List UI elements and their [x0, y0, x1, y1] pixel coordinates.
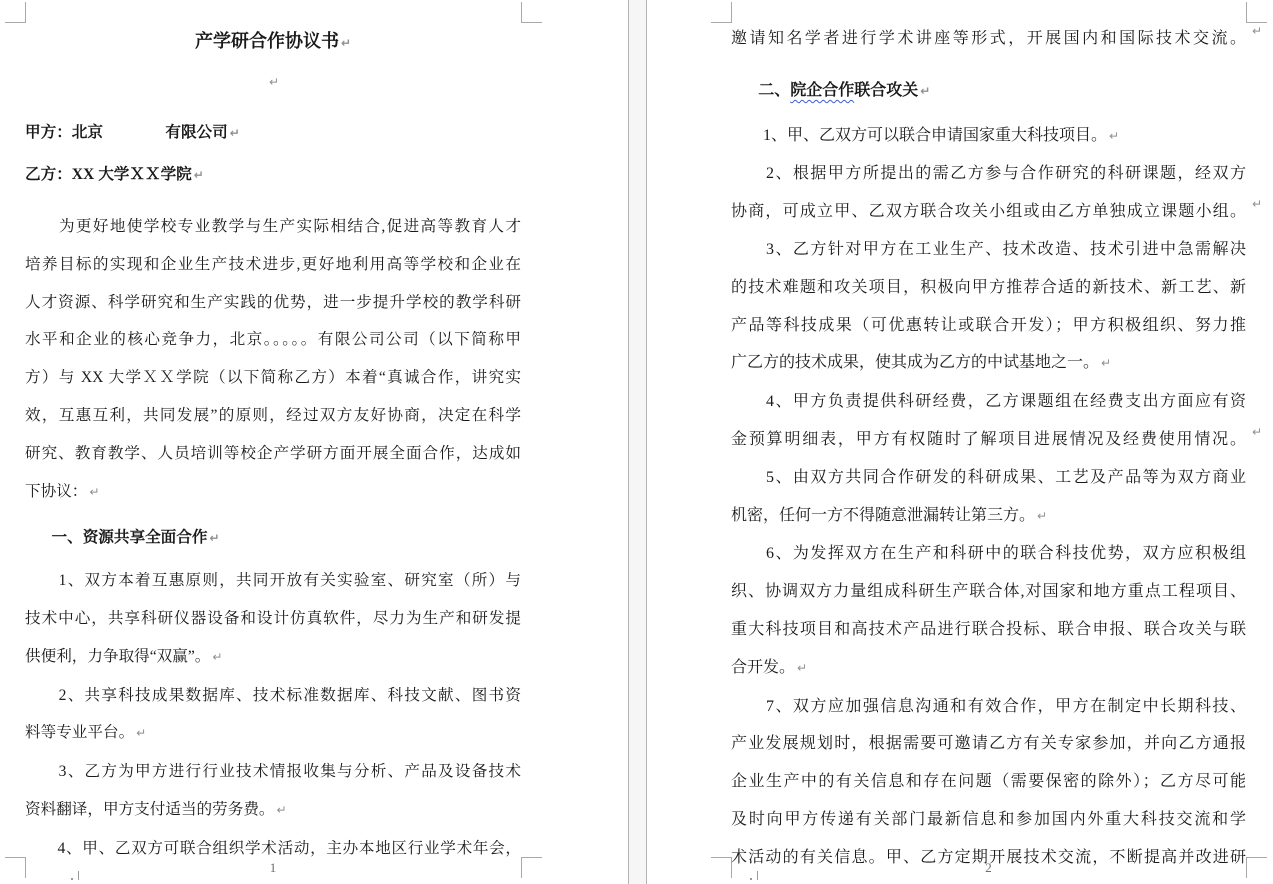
section-heading: 二、院企合作联合攻关↵: [731, 72, 1246, 111]
text-boundary-mark-bottom-right: [521, 857, 542, 878]
pilcrow-icon: ↵: [209, 531, 219, 545]
paragraph: 5、由双方共同合作研发的科研成果、工艺及产品等为双方商业机密，任何一方不得随意泄…: [731, 459, 1246, 536]
text-boundary-mark-bottom-right: [1246, 857, 1267, 878]
pilcrow-icon: ↵: [1252, 13, 1262, 51]
pilcrow-icon: ↵: [1101, 356, 1111, 370]
pilcrow-icon: ↵: [136, 726, 146, 740]
pilcrow-icon: ↵: [194, 168, 204, 182]
pilcrow-icon: ↵: [212, 650, 222, 664]
text-boundary-mark-top-left: [711, 2, 732, 23]
text-line: 资料翻译，甲方支付适当的劳务费。↵: [25, 791, 521, 830]
pilcrow-icon: ↵: [89, 485, 99, 499]
party-line: 甲方：北京 有限公司↵: [25, 112, 521, 154]
text-line: 料等专业平台。↵: [25, 714, 521, 753]
text-line: 重大科技项目和高技术产品进行联合投标、联合申报、联合攻关与联: [731, 611, 1246, 649]
text-boundary-mark-bottom-left: [711, 857, 732, 878]
text-line: 3、乙方针对甲方在工业生产、技术改造、技术引进中急需解决: [731, 231, 1246, 269]
document-view: { "document_title": "产学研合作协议书", "pages":…: [0, 0, 1273, 884]
text-line: 方）与 XX 大学ＸＸ学院（以下简称乙方）本着“真诚合作，讲究实: [25, 359, 521, 397]
text-line: 织、协调双方力量组成科研生产联合体,对国家和地方重点工程项目、: [731, 573, 1246, 611]
paragraph: 为更好地使学校专业教学与生产实际相结合,促进高等教育人才培养目标的实现和企业生产…: [25, 208, 521, 511]
page-2-text-area[interactable]: 邀请知名学者进行学术讲座等形式，开展国内和国际技术交流。↵二、院企合作联合攻关↵…: [731, 0, 1246, 877]
text-line: 广乙方的技术成果，使其成为乙方的中试基地之一。↵: [731, 344, 1246, 383]
paragraph: 6、为发挥双方在生产和科研中的联合科技优势，双方应积极组织、协调双方力量组成科研…: [731, 535, 1246, 687]
text-line: 合开发。↵: [731, 649, 1246, 688]
text-line: 下协议：↵: [25, 473, 521, 512]
text-line: 企业生产中的有关信息和存在问题（需要保密的除外）；乙方尽可能: [731, 763, 1246, 801]
pilcrow-icon: ↵: [1252, 186, 1262, 224]
text-line: 及时向甲方传递有关部门最新信息和参加国内外重大科技交流和学: [731, 801, 1246, 839]
pilcrow-icon: ↵: [341, 36, 351, 50]
text-line: 产品等科技成果（可优惠转让或联合开发）；甲方积极组织、努力推: [731, 307, 1246, 345]
document-page-1[interactable]: 产学研合作协议书↵↵甲方：北京 有限公司↵乙方：XX 大学ＸＸ学院↵ 为更好地使…: [0, 0, 629, 884]
text-boundary-mark-bottom-left: [5, 857, 26, 878]
text-line: 培养目标的实现和企业生产技术进步,更好地利用高等学校和企业在: [25, 246, 521, 284]
text-line: 的技术难题和攻关项目，积极向甲方推荐合适的新技术、新工艺、新: [731, 269, 1246, 307]
text-line: 机密，任何一方不得随意泄漏转让第三方。↵: [731, 497, 1246, 536]
doc-title: 产学研合作协议书↵: [25, 24, 521, 60]
spellcheck-wavy-underline: 院企合作: [790, 82, 854, 99]
page-number: 1: [25, 860, 521, 876]
text-line: 7、双方应加强信息沟通和有效合作，甲方在制定中长期科技、: [731, 688, 1246, 726]
pilcrow-icon: ↵: [920, 84, 930, 98]
pilcrow-icon: ↵: [1037, 509, 1047, 523]
text-line: 2、根据甲方所提出的需乙方参与合作研究的科研课题，经双方: [731, 155, 1246, 193]
blank-line: ↵: [25, 60, 521, 104]
text-line: 1、甲、乙双方可以联合申请国家重大科技项目。↵: [731, 117, 1246, 156]
pilcrow-icon: ↵: [797, 661, 807, 675]
paragraph: 4、甲方负责提供科研经费，乙方课题组在经费支出方面应有资金预算明细表，甲方有权随…: [731, 383, 1246, 459]
pilcrow-icon: ↵: [1252, 414, 1262, 452]
text-line: 邀请知名学者进行学术讲座等形式，开展国内和国际技术交流。↵: [731, 20, 1246, 58]
text-line: 人才资源、科学研究和生产实践的优势，进一步提升学校的教学科研: [25, 284, 521, 322]
text-line: 5、由双方共同合作研发的科研成果、工艺及产品等为双方商业: [731, 459, 1246, 497]
pilcrow-icon: ↵: [1109, 129, 1119, 143]
text-line: 金预算明细表，甲方有权随时了解项目进展情况及经费使用情况。↵: [731, 421, 1246, 459]
text-boundary-mark-top-left: [5, 2, 26, 23]
pilcrow-icon: ↵: [269, 75, 279, 89]
document-page-2[interactable]: 邀请知名学者进行学术讲座等形式，开展国内和国际技术交流。↵二、院企合作联合攻关↵…: [646, 0, 1273, 884]
text-line: 协商，可成立甲、乙双方联合攻关小组或由乙方单独成立课题小组。↵: [731, 193, 1246, 231]
text-line: 产业发展规划时，根据需要可邀请乙方有关专家参加，并向乙方通报: [731, 725, 1246, 763]
paragraph: 1、双方本着互惠原则，共同开放有关实验室、研究室（所）与技术中心，共享科研仪器设…: [25, 562, 521, 676]
paragraph: 邀请知名学者进行学术讲座等形式，开展国内和国际技术交流。↵: [731, 20, 1246, 58]
paragraph: 1、甲、乙双方可以联合申请国家重大科技项目。↵: [731, 117, 1246, 156]
paragraph: 3、乙方针对甲方在工业生产、技术改造、技术引进中急需解决的技术难题和攻关项目，积…: [731, 231, 1246, 383]
text-line: 1、双方本着互惠原则，共同开放有关实验室、研究室（所）与: [25, 562, 521, 600]
text-line: 4、甲方负责提供科研经费，乙方课题组在经费支出方面应有资: [731, 383, 1246, 421]
paragraph: 2、根据甲方所提出的需乙方参与合作研究的科研课题，经双方协商，可成立甲、乙双方联…: [731, 155, 1246, 231]
text-line: 2、共享科技成果数据库、技术标准数据库、科技文献、图书资: [25, 677, 521, 715]
page-number: 2: [731, 860, 1246, 876]
party-line: 乙方：XX 大学ＸＸ学院↵: [25, 154, 521, 196]
text-line: 供便利，力争取得“双赢”。↵: [25, 638, 521, 677]
text-boundary-mark-top-right: [521, 2, 542, 23]
section-heading: 一、资源共享全面合作↵: [25, 519, 521, 558]
text-line: 为更好地使学校专业教学与生产实际相结合,促进高等教育人才: [25, 208, 521, 246]
paragraph: 7、双方应加强信息沟通和有效合作，甲方在制定中长期科技、产业发展规划时，根据需要…: [731, 688, 1246, 877]
paragraph: 3、乙方为甲方进行行业技术情报收集与分析、产品及设备技术资料翻译，甲方支付适当的…: [25, 753, 521, 830]
text-line: 技术中心，共享科研仪器设备和设计仿真软件，尽力为生产和研发提: [25, 600, 521, 638]
page-1-text-area[interactable]: 产学研合作协议书↵↵甲方：北京 有限公司↵乙方：XX 大学ＸＸ学院↵ 为更好地使…: [25, 0, 521, 868]
pilcrow-icon: ↵: [230, 126, 240, 140]
text-line: 水平和企业的核心竞争力，北京。。。。。有限公司公司（以下简称甲: [25, 321, 521, 359]
text-line: 研究、教育教学、人员培训等校企产学研方面开展全面合作，达成如: [25, 435, 521, 473]
paragraph: 2、共享科技成果数据库、技术标准数据库、科技文献、图书资料等专业平台。↵: [25, 677, 521, 754]
pilcrow-icon: ↵: [277, 803, 287, 817]
text-line: 3、乙方为甲方进行行业技术情报收集与分析、产品及设备技术: [25, 753, 521, 791]
text-line: 效，互惠互利，共同发展”的原则，经过双方友好协商，决定在科学: [25, 397, 521, 435]
text-line: 6、为发挥双方在生产和科研中的联合科技优势，双方应积极组: [731, 535, 1246, 573]
